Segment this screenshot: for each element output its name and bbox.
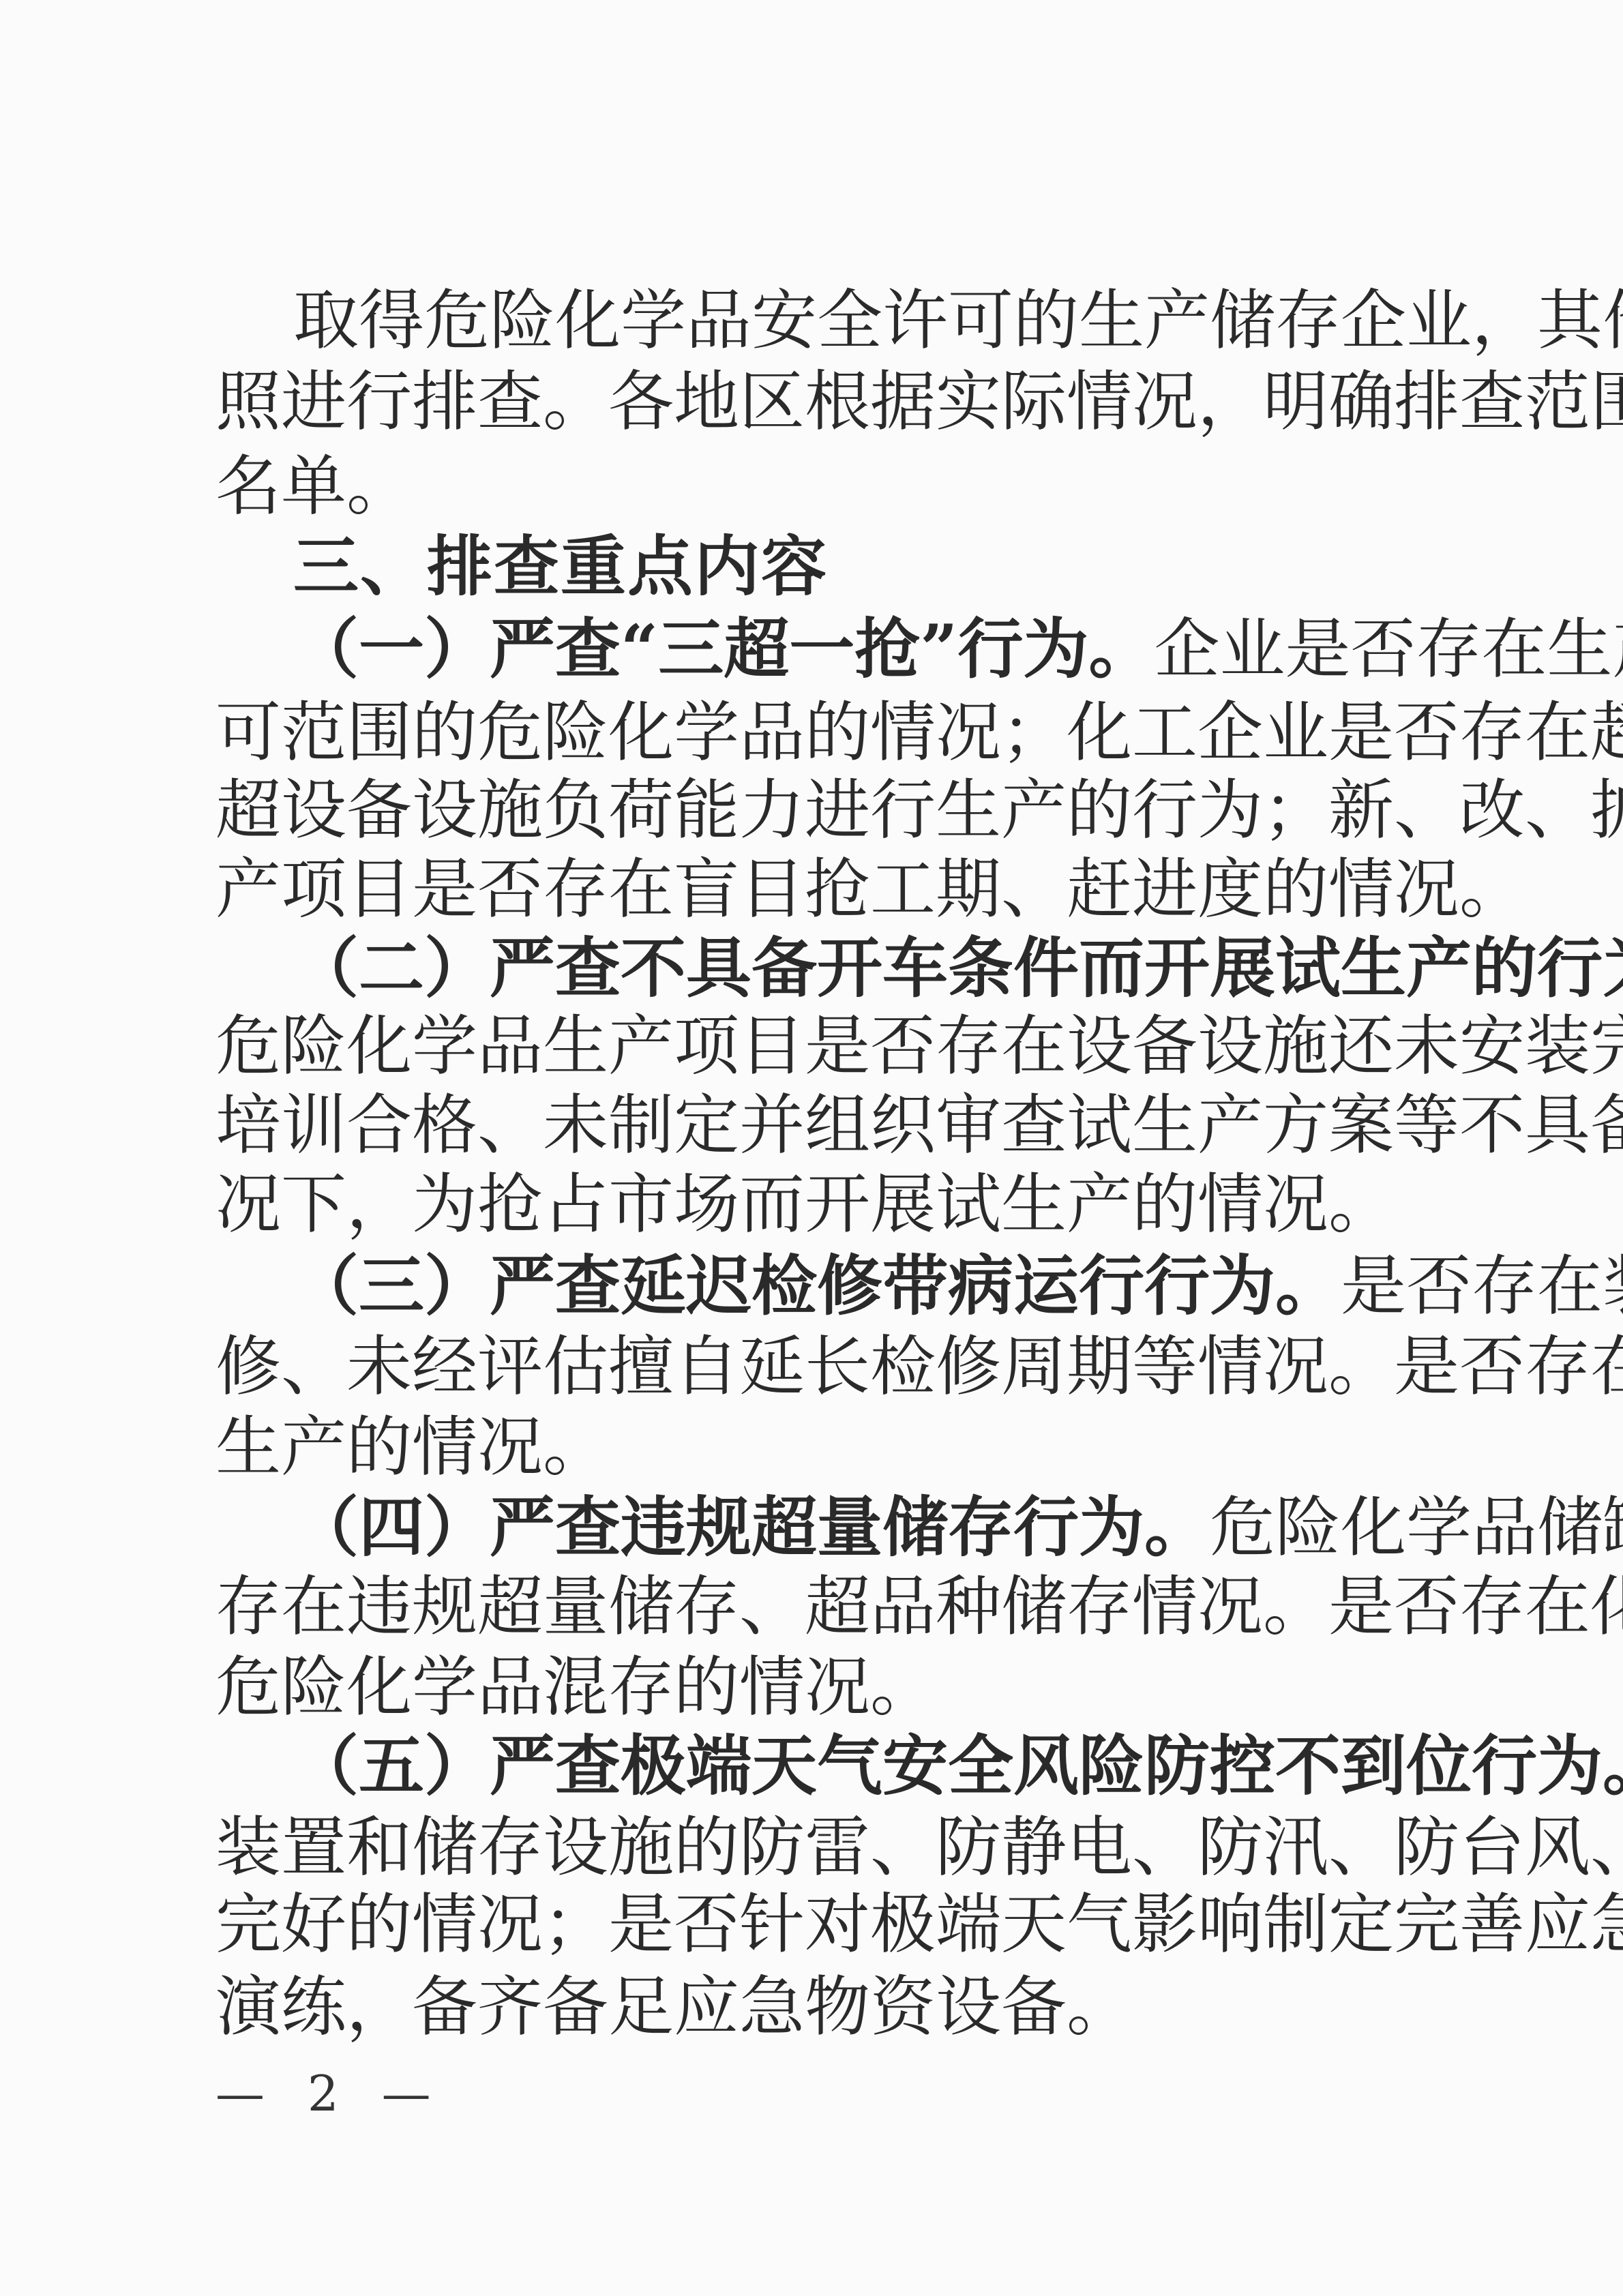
intro-line-1: 取得危险化学品安全许可的生产储存企业，其他化工企业参 bbox=[293, 280, 1416, 361]
section-heading: 三、排查重点内容 bbox=[293, 526, 1416, 608]
item-5-line-4: 演练，备齐备足应急物资设备。 bbox=[215, 1966, 1416, 2048]
item-2-line-2: 危险化学品生产项目是否存在设备设施还未安装完毕、人员还未 bbox=[215, 1005, 1416, 1087]
item-3-first-line: （三）严查延迟检修带病运行行为。是否存在装置设备延迟检 bbox=[293, 1245, 1416, 1327]
item-1-first-rest: 企业是否存在生产、经营超出许 bbox=[1154, 611, 1623, 687]
item-4-line-3: 危险化学品混存的情况。 bbox=[215, 1646, 1416, 1728]
item-5-lead: （五）严查极端天气安全风险防控不到位行为。 bbox=[293, 1727, 1623, 1804]
item-4-line-2: 存在违规超量储存、超品种储存情况。是否存在化学性质禁忌的 bbox=[215, 1566, 1416, 1648]
page-number: — 2 — bbox=[215, 2066, 445, 2121]
item-1-line-3: 超设备设施负荷能力进行生产的行为；新、改、扩建危险化学品生 bbox=[215, 769, 1416, 851]
item-5-line-2: 装置和储存设施的防雷、防静电、防汛、防台风、降温等安全设施不 bbox=[215, 1806, 1416, 1888]
item-2-lead: （二）严查不具备开车条件而开展试生产的行为。 bbox=[293, 929, 1623, 1007]
item-1-line-2: 可范围的危险化学品的情况；化工企业是否存在超设计生产能力、 bbox=[215, 691, 1416, 773]
item-4-first-rest: 危险化学品储罐、仓库等是否 bbox=[1210, 1489, 1623, 1566]
intro-line-3: 名单。 bbox=[215, 445, 1416, 527]
item-2-line-3: 培训合格、未制定并组织审查试生产方案等不具备开车条件的情 bbox=[215, 1084, 1416, 1166]
item-3-line-2: 修、未经评估擅自延长检修周期等情况。是否存在带病运行、强行 bbox=[215, 1326, 1416, 1407]
item-2-first-line: （二）严查不具备开车条件而开展试生产的行为。新、改、扩建 bbox=[293, 927, 1416, 1009]
item-4-lead: （四）严查违规超量储存行为。 bbox=[293, 1489, 1210, 1566]
item-1-first-line: （一）严查“三超一抢”行为。企业是否存在生产、经营超出许 bbox=[293, 608, 1416, 690]
intro-line-2: 照进行排查。各地区根据实际情况，明确排查范围，确定企业 bbox=[215, 361, 1416, 443]
item-5-line-3: 完好的情况；是否针对极端天气影响制定完善应急预案，开展应急 bbox=[215, 1883, 1416, 1965]
item-2-line-4: 况下，为抢占市场而开展试生产的情况。 bbox=[215, 1163, 1416, 1245]
item-3-lead: （三）严查延迟检修带病运行行为。 bbox=[293, 1247, 1341, 1324]
item-3-first-rest: 是否存在装置设备延迟检 bbox=[1341, 1248, 1623, 1324]
item-1-line-4: 产项目是否存在盲目抢工期、赶进度的情况。 bbox=[215, 848, 1416, 930]
item-5-first-line: （五）严查极端天气安全风险防控不到位行为。是否存在生产 bbox=[293, 1725, 1416, 1807]
item-3-line-3: 生产的情况。 bbox=[215, 1406, 1416, 1488]
item-4-first-line: （四）严查违规超量储存行为。危险化学品储罐、仓库等是否 bbox=[293, 1487, 1416, 1568]
item-1-lead: （一）严查“三超一抢”行为。 bbox=[293, 610, 1154, 687]
